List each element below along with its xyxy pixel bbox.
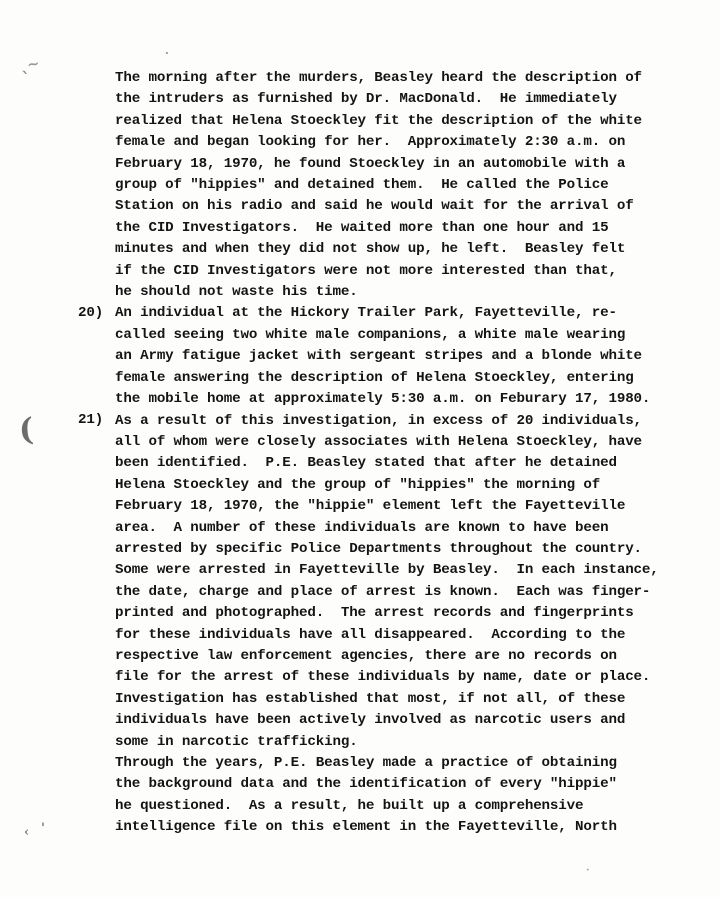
pen-apostrophe-mark: ' [41,822,45,835]
item-number: 21) [78,410,103,431]
text-line: respective law enforcement agencies, the… [115,646,705,667]
text-line: some in narcotic trafficking. [115,732,705,753]
text-line: female answering the description of Hele… [115,368,705,389]
text-line: the background data and the identificati… [115,774,705,795]
text-line: The morning after the murders, Beasley h… [115,68,705,89]
document-page: 20)21) The morning after the murders, Be… [0,0,720,897]
text-line: group of "hippies" and detained them. He… [115,175,705,196]
text-line: the mobile home at approximately 5:30 a.… [115,389,705,410]
text-line: intelligence file on this element in the… [115,817,705,838]
text-line: February 18, 1970, he found Stoeckley in… [115,154,705,175]
text-line: Investigation has established that most,… [115,689,705,710]
text-line: February 18, 1970, the "hippie" element … [115,496,705,517]
text-line: all of whom were closely associates with… [115,432,705,453]
text-line: individuals have been actively involved … [115,710,705,731]
text-line: Some were arrested in Fayetteville by Be… [115,560,705,581]
item-numbers-column: 20)21) [78,68,118,868]
scan-dot-mark: · [165,48,169,59]
text-line: the CID Investigators. He waited more th… [115,218,705,239]
text-line: realized that Helena Stoeckley fit the d… [115,111,705,132]
item-number: 20) [78,303,103,324]
text-line: female and began looking for her. Approx… [115,132,705,153]
pen-dash-mark: ‹ [24,826,29,839]
text-line: he questioned. As a result, he built up … [115,796,705,817]
text-line: for these individuals have all disappear… [115,625,705,646]
text-line: called seeing two white male companions,… [115,325,705,346]
text-line: An individual at the Hickory Trailer Par… [115,303,705,324]
text-line: Through the years, P.E. Beasley made a p… [115,753,705,774]
text-line: if the CID Investigators were not more i… [115,261,705,282]
text-line: Helena Stoeckley and the group of "hippi… [115,475,705,496]
text-line: Station on his radio and said he would w… [115,196,705,217]
text-line: area. A number of these individuals are … [115,518,705,539]
text-line: he should not waste his time. [115,282,705,303]
text-line: minutes and when they did not show up, h… [115,239,705,260]
pen-tick-mark: ` [21,71,30,89]
handwritten-paren-mark: ( [18,415,35,447]
text-line: the date, charge and place of arrest is … [115,582,705,603]
text-line: been identified. P.E. Beasley stated tha… [115,453,705,474]
text-line: printed and photographed. The arrest rec… [115,603,705,624]
text-line: file for the arrest of these individuals… [115,667,705,688]
text-line: an Army fatigue jacket with sergeant str… [115,346,705,367]
scan-speck-mark: · [586,866,589,876]
text-line: arrested by specific Police Departments … [115,539,705,560]
pen-squiggle-mark: ~ [26,56,41,73]
document-text: The morning after the murders, Beasley h… [115,68,705,839]
text-line: the intruders as furnished by Dr. MacDon… [115,89,705,110]
text-line: As a result of this investigation, in ex… [115,411,705,432]
